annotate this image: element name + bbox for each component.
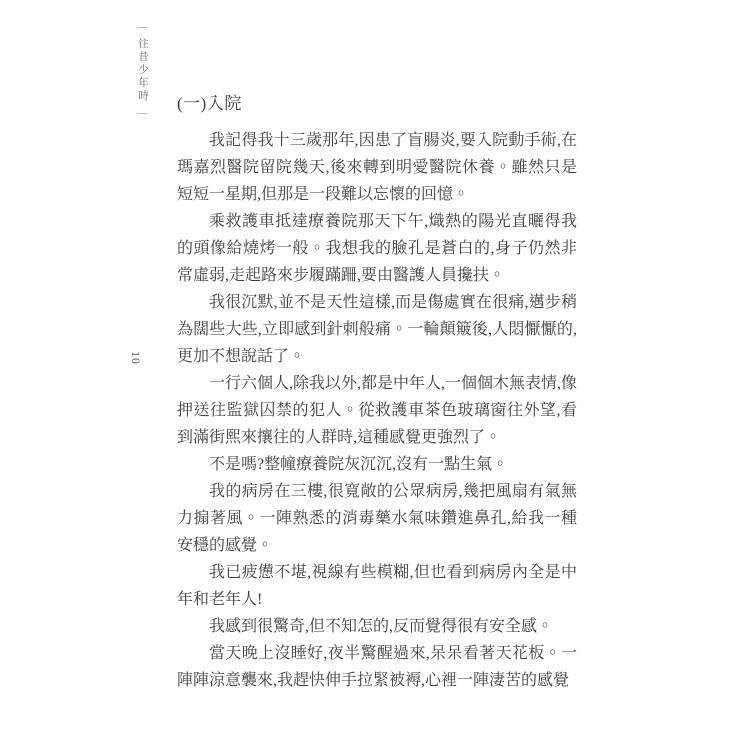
page-number: 10: [129, 351, 141, 365]
paragraph: 一行六個人,除我以外,都是中年人,一個個木無表情,像押送往監獄囚禁的犯人。從救護…: [177, 370, 577, 451]
header-dash-top: —: [137, 23, 147, 33]
paragraphs-container: 我記得我十三歲那年,因患了盲腸炎,要入院動手術,在瑪嘉烈醫院留院幾天,後來轉到明…: [177, 127, 577, 694]
chapter-title: (一)入院: [177, 90, 577, 117]
paragraph: 我的病房在三樓,很寬敞的公眾病房,幾把風扇有氣無力搧著風。一陣熟悉的消毒藥水氣味…: [177, 478, 577, 559]
header-dash-bottom: —: [137, 109, 147, 119]
page-number-container: 10: [121, 344, 149, 372]
book-title-vertical: 往昔少年時: [130, 38, 154, 103]
paragraph: 我感到很驚奇,但不知怎的,反而覺得很有安全感。: [177, 613, 577, 640]
paragraph: 我已疲憊不堪,視線有些模糊,但也看到病房內全是中年和老年人!: [177, 559, 577, 613]
paragraph: 乘救護車抵達療養院那天下午,熾熱的陽光直曬得我的頭像給燒烤一般。我想我的臉孔是蒼…: [177, 208, 577, 289]
paragraph: 不是嗎?整幢療養院灰沉沉,沒有一點生氣。: [177, 451, 577, 478]
chapter-content: (一)入院 我記得我十三歲那年,因患了盲腸炎,要入院動手術,在瑪嘉烈醫院留院幾天…: [177, 90, 577, 694]
paragraph: 我很沉默,並不是天性這樣,而是傷處實在很痛,邁步稍為闊些大些,立即感到針刺般痛。…: [177, 289, 577, 370]
paragraph: 我記得我十三歲那年,因患了盲腸炎,要入院動手術,在瑪嘉烈醫院留院幾天,後來轉到明…: [177, 127, 577, 208]
running-header: — 往昔少年時 —: [130, 23, 154, 119]
paragraph: 當天晚上沒睡好,夜半驚醒過來,呆呆看著天花板。一陣陣涼意襲來,我趕快伸手拉緊被褥…: [177, 640, 577, 694]
book-page: — 往昔少年時 — 10 (一)入院 我記得我十三歲那年,因患了盲腸炎,要入院動…: [0, 0, 750, 750]
